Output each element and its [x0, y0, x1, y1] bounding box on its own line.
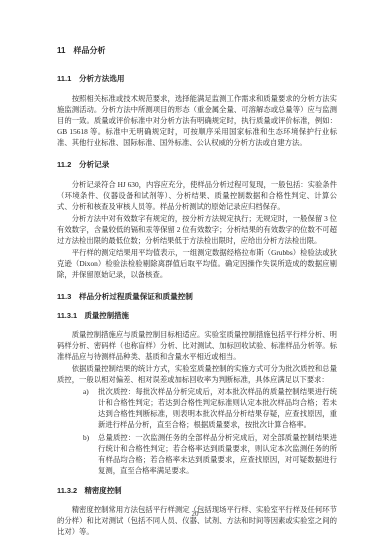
list-item-a: a) 批次质控：每批次样品分析完成后，对本批次样品的质量控制结果进行统计和合格性… — [57, 386, 337, 430]
heading-11-2: 11.2 分析记录 — [57, 160, 337, 170]
list-item-b-label: b) — [83, 432, 89, 443]
list-item-b-text: 总量质控：一次监测任务的全部样品分析完成后，对全部质量控制结果进行统计和合格性判… — [98, 433, 337, 475]
page-number: 20 — [0, 510, 390, 518]
paragraph-11-3-1-1: 质量控制措施应与质量控制目标相适应。实验室质量控制措施包括平行样分析、明码样分析… — [57, 329, 337, 362]
heading-11-1: 11.1 分析方法选用 — [57, 74, 337, 84]
paragraph-11-1: 按照相关标准或技术规范要求，选择能满足监测工作需求和质量要求的分析方法实施监测活… — [57, 93, 337, 148]
heading-11-3-1: 11.3.1 质量控制措施 — [57, 311, 337, 321]
list-item-a-label: a) — [83, 386, 89, 397]
list-item-a-text: 批次质控：每批次样品分析完成后，对本批次样品的质量控制结果进行统计和合格性判定；… — [98, 387, 337, 429]
paragraph-11-2-1: 分析记录符合 HJ 630，内容应充分，使样品分析过程可复现，一般包括：实验条件… — [57, 179, 337, 212]
paragraph-11-2-3: 平行样的测定结果用平均值表示，一组测定数据经格拉布斯（Grubbs）检验法或狄克… — [57, 247, 337, 280]
paragraph-11-3-2: 精密度控制常用方法包括平行样测定（包括现场平行样、实验室平行样及任何环节的分样）… — [57, 504, 337, 537]
paragraph-11-2-2: 分析方法中对有效数字有规定的，按分析方法规定执行；无规定时，一般保留 3 位有效… — [57, 213, 337, 246]
paragraph-11-3-1-2: 依据质量控制结果的统计方式，实验室质量控制的实施方式可分为批次质控和总量质控，一… — [57, 363, 337, 385]
heading-11-3-2: 11.3.2 精密度控制 — [57, 486, 337, 496]
heading-11: 11 样品分析 — [57, 46, 337, 56]
heading-11-3: 11.3 样品分析过程质量保证和质量控制 — [57, 292, 337, 302]
document-page: 11 样品分析 11.1 分析方法选用 按照相关标准或技术规范要求，选择能满足监… — [0, 0, 390, 551]
list-item-b: b) 总量质控：一次监测任务的全部样品分析完成后，对全部质量控制结果进行统计和合… — [57, 432, 337, 476]
